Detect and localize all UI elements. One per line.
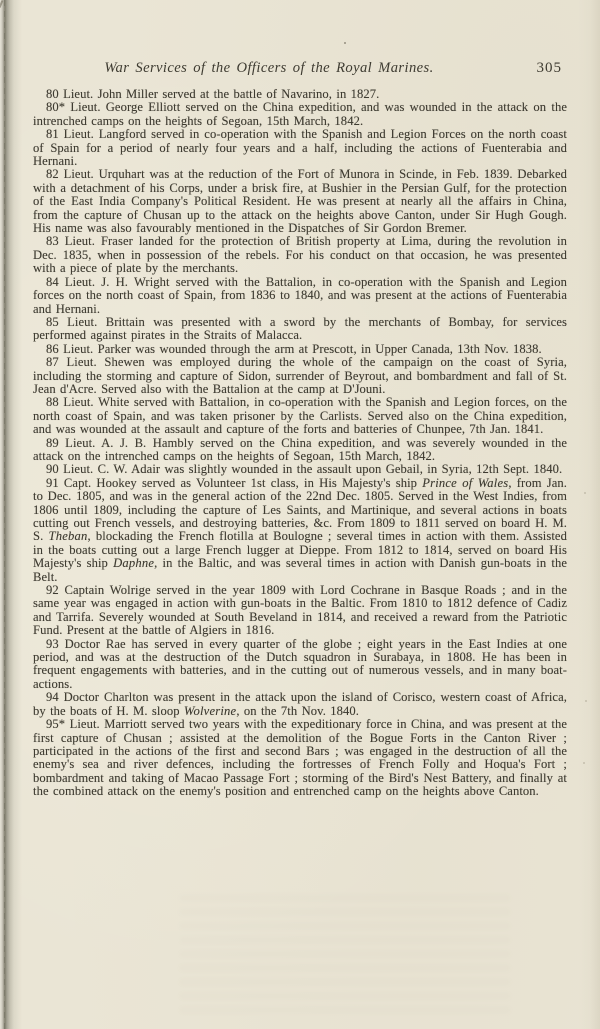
paragraph-85: 85 Lieut. Brittain was presented with a … bbox=[33, 316, 567, 343]
paragraph-81: 81 Lieut. Langford served in co-operatio… bbox=[33, 128, 567, 168]
paragraph-94: 94 Doctor Charlton was present in the at… bbox=[33, 691, 567, 718]
running-header: War Services of the Officers of the Roya… bbox=[33, 60, 565, 80]
scan-speck-dot bbox=[344, 42, 346, 44]
paragraph-80-star: 80* Lieut. George Elliott served on the … bbox=[33, 101, 567, 128]
paragraph-88: 88 Lieut. White served with Battalion, i… bbox=[33, 396, 567, 436]
paragraph-90: 90 Lieut. C. W. Adair was slightly wound… bbox=[33, 463, 567, 476]
page-title: War Services of the Officers of the Roya… bbox=[33, 60, 505, 77]
paragraph-92: 92 Captain Wolrige served in the year 18… bbox=[33, 584, 567, 638]
scanned-book-page: War Services of the Officers of the Roya… bbox=[0, 0, 600, 1029]
scan-edge-dot bbox=[583, 762, 585, 764]
paragraph-95-star: 95* Lieut. Marriott served two years wit… bbox=[33, 718, 567, 798]
book-binding-edge bbox=[0, 0, 22, 1029]
text-block: 80 Lieut. John Miller served at the batt… bbox=[33, 88, 567, 799]
paragraph-80: 80 Lieut. John Miller served at the batt… bbox=[33, 88, 567, 101]
paragraph-83: 83 Lieut. Fraser landed for the protecti… bbox=[33, 235, 567, 275]
page-show-through bbox=[180, 895, 510, 1015]
scan-edge-dot bbox=[584, 492, 586, 494]
paragraph-87: 87 Lieut. Shewen was employed during the… bbox=[33, 356, 567, 396]
paragraph-86: 86 Lieut. Parker was wounded through the… bbox=[33, 343, 567, 356]
paragraph-89: 89 Lieut. A. J. B. Hambly served on the … bbox=[33, 437, 567, 464]
paragraph-84: 84 Lieut. J. H. Wright served with the B… bbox=[33, 276, 567, 316]
paragraph-93: 93 Doctor Rae has served in every quarte… bbox=[33, 638, 567, 692]
binding-texture-line bbox=[4, 0, 5, 1029]
scan-edge-dot bbox=[585, 700, 587, 702]
paragraph-82: 82 Lieut. Urquhart was at the reduction … bbox=[33, 168, 567, 235]
page-number: 305 bbox=[537, 60, 563, 77]
paragraph-91: 91 Capt. Hookey served as Volunteer 1st … bbox=[33, 477, 567, 584]
